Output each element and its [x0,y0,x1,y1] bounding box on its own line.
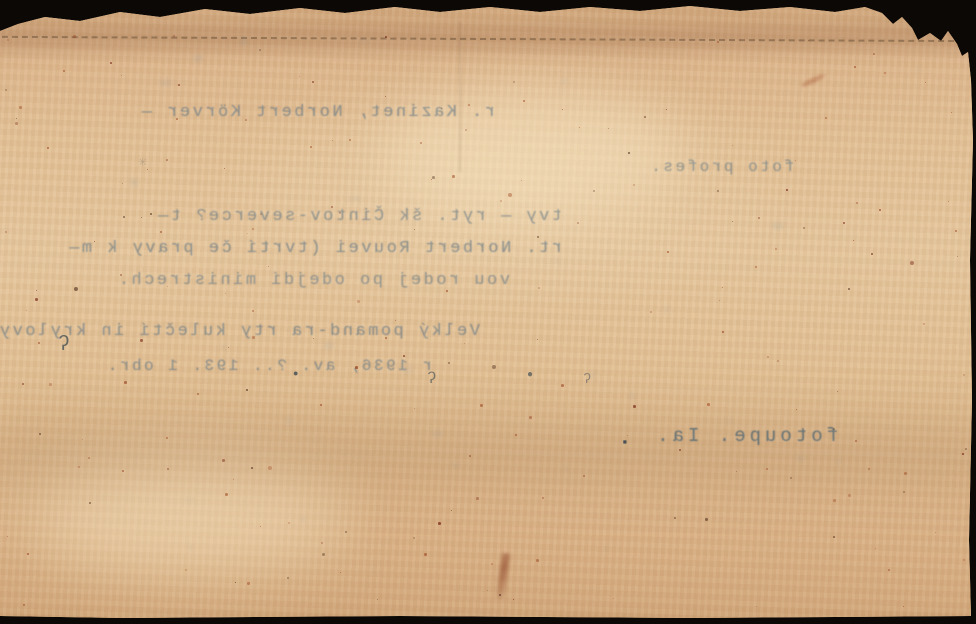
bleedthrough-foto-line: foto profes. [618,158,794,176]
ink-mark: ● [527,371,533,381]
bleedthrough-paragraph-line-1: tvy — ryt. šk Čintov-severce? t— [0,207,562,226]
ink-mark: ʔ [583,373,591,387]
scanner-background: r. Kazinet, Norbert Körver — foto profes… [0,0,976,624]
bleedthrough-paragraph-line-3: vou rodej po odejdí ministrech. [95,271,510,290]
bleedthrough-note-line-2: r 1936, av. ?.. 193. 1 obr. [170,357,432,375]
ink-mark: ● [293,370,298,379]
ink-mark: ▪ [621,436,629,449]
bleedthrough-caption-line: fotoupe. Ia. [606,425,838,447]
bleedthrough-paragraph-line-2: rt. Norbert Rouvei (tvrtí če pravy k m— [0,239,562,258]
ink-mark: ʔ [427,371,437,387]
vertical-crease [459,22,461,172]
ink-mark: ʔ [58,336,70,356]
ink-mark: ✳ [138,155,147,170]
paper-fiber-texture [0,0,976,624]
bleedthrough-header-line: r. Kazinet, Norbert Körver — [85,103,495,122]
paper-card: r. Kazinet, Norbert Körver — foto profes… [0,0,976,624]
bleedthrough-note-line-1: Velký pomand-ra rty kulečtí in krylovy? [28,322,480,341]
